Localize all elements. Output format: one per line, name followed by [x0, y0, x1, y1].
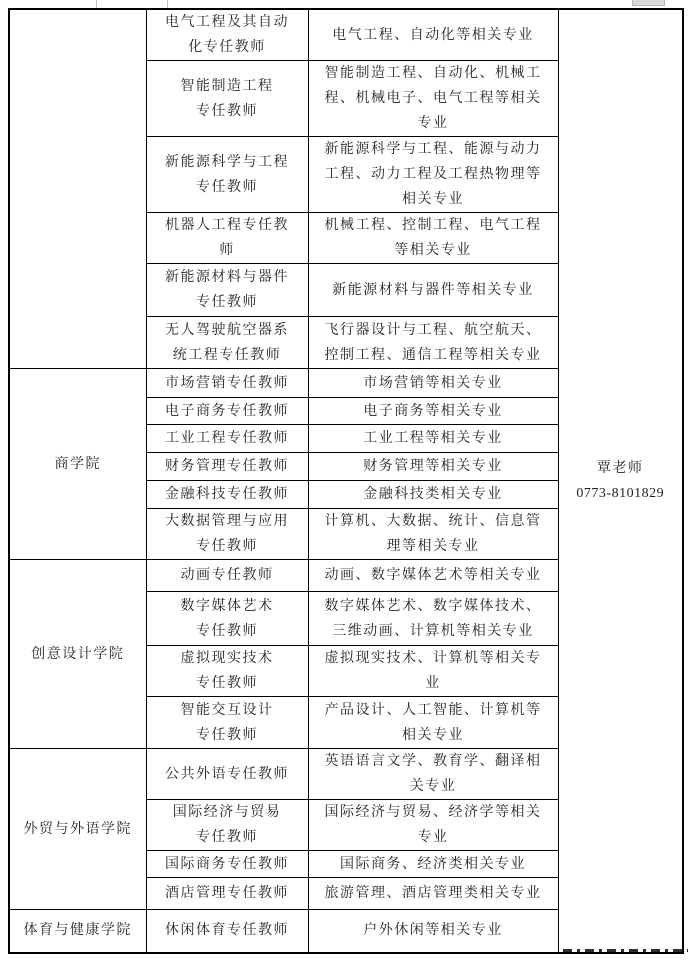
position-cell: 大数据管理与应用 专任教师	[146, 509, 308, 560]
position-cell: 新能源科学与工程 专任教师	[146, 137, 308, 213]
majors-cell: 数字媒体艺术、数字媒体技术、 三维动画、计算机等相关专业	[308, 592, 558, 646]
contact-cell: 覃老师0773-8101829	[558, 9, 683, 953]
majors-cell: 飞行器设计与工程、航空航天、 控制工程、通信工程等相关专业	[308, 317, 558, 369]
recruitment-table: 电气工程及其自动 化专任教师 电气工程、自动化等相关专业 覃老师0773-810…	[8, 8, 684, 954]
position-cell: 动画专任教师	[146, 560, 308, 592]
college-cell: 体育与健康学院	[9, 910, 146, 953]
majors-cell: 国际经济与贸易、经济学等相关 专业	[308, 800, 558, 851]
majors-cell: 电子商务等相关专业	[308, 398, 558, 425]
position-cell: 财务管理专任教师	[146, 453, 308, 481]
cutoff-cell-artifact-top-right	[632, 0, 665, 6]
contact-phone: 0773-8101829	[576, 486, 664, 501]
majors-cell: 动画、数字媒体艺术等相关专业	[308, 560, 558, 592]
position-cell: 机器人工程专任教 师	[146, 213, 308, 264]
majors-cell: 旅游管理、酒店管理类相关专业	[308, 878, 558, 910]
majors-cell: 英语语言文学、教育学、翻译相 关专业	[308, 749, 558, 800]
position-cell: 智能交互设计 专任教师	[146, 697, 308, 749]
position-cell: 新能源材料与器件 专任教师	[146, 264, 308, 317]
position-cell: 金融科技专任教师	[146, 481, 308, 509]
position-cell: 酒店管理专任教师	[146, 878, 308, 910]
position-cell: 智能制造工程 专任教师	[146, 61, 308, 137]
position-cell: 市场营销专任教师	[146, 369, 308, 398]
majors-cell: 智能制造工程、自动化、机械工 程、机械电子、电气工程等相关 专业	[308, 61, 558, 137]
majors-cell: 财务管理等相关专业	[308, 453, 558, 481]
position-cell: 国际商务专任教师	[146, 851, 308, 878]
college-cell: 商学院	[9, 369, 146, 560]
majors-cell: 电气工程、自动化等相关专业	[308, 9, 558, 61]
college-cell: 创意设计学院	[9, 560, 146, 749]
majors-cell: 新能源材料与器件等相关专业	[308, 264, 558, 317]
college-cell: 外贸与外语学院	[9, 749, 146, 910]
majors-cell: 新能源科学与工程、能源与动力 工程、动力工程及工程热物理等 相关专业	[308, 137, 558, 213]
majors-cell: 产品设计、人工智能、计算机等 相关专业	[308, 697, 558, 749]
college-cell	[9, 9, 146, 369]
contact-name: 覃老师	[597, 461, 644, 476]
table-row: 电气工程及其自动 化专任教师 电气工程、自动化等相关专业 覃老师0773-810…	[9, 9, 683, 61]
majors-cell: 计算机、大数据、统计、信息管 理等相关专业	[308, 509, 558, 560]
document-page: 电气工程及其自动 化专任教师 电气工程、自动化等相关专业 覃老师0773-810…	[0, 0, 690, 963]
position-cell: 虚拟现实技术 专任教师	[146, 646, 308, 697]
majors-cell: 机械工程、控制工程、电气工程 等相关专业	[308, 213, 558, 264]
majors-cell: 国际商务、经济类相关专业	[308, 851, 558, 878]
position-cell: 电子商务专任教师	[146, 398, 308, 425]
position-cell: 工业工程专任教师	[146, 425, 308, 453]
cutoff-dash-line-artifact	[563, 949, 688, 952]
majors-cell: 虚拟现实技术、计算机等相关专 业	[308, 646, 558, 697]
position-cell: 数字媒体艺术 专任教师	[146, 592, 308, 646]
position-cell: 公共外语专任教师	[146, 749, 308, 800]
position-cell: 休闲体育专任教师	[146, 910, 308, 953]
majors-cell: 市场营销等相关专业	[308, 369, 558, 398]
majors-cell: 户外休闲等相关专业	[308, 910, 558, 953]
position-cell: 无人驾驶航空器系 统工程专任教师	[146, 317, 308, 369]
majors-cell: 工业工程等相关专业	[308, 425, 558, 453]
majors-cell: 金融科技类相关专业	[308, 481, 558, 509]
position-cell: 电气工程及其自动 化专任教师	[146, 9, 308, 61]
position-cell: 国际经济与贸易 专任教师	[146, 800, 308, 851]
